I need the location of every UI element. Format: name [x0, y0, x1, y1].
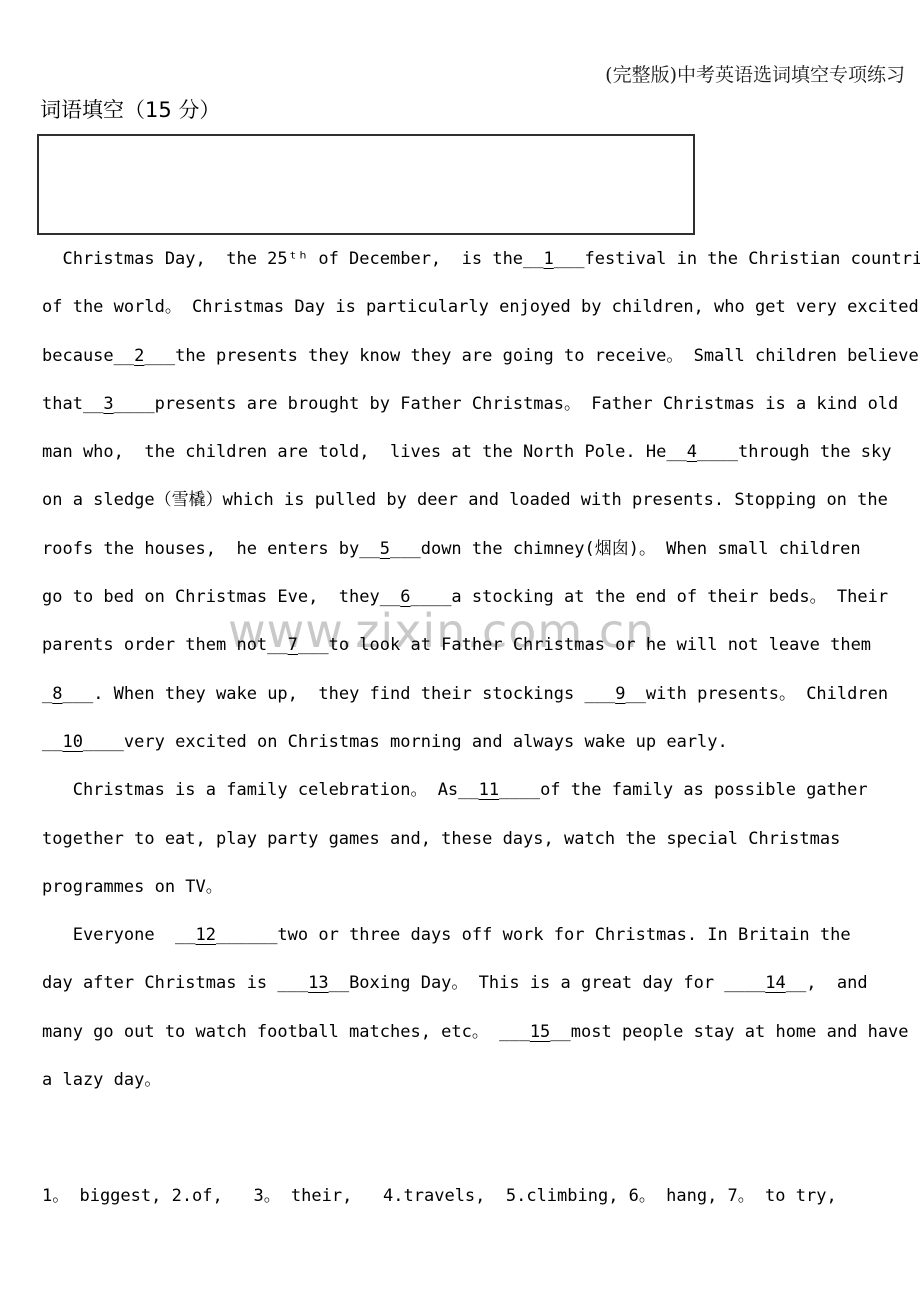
answer-key-line: 1。 biggest, 2.of, 3。 their, 4.travels, 5…	[0, 1184, 920, 1208]
passage-line: Christmas is a family celebration。 As__1…	[42, 766, 920, 814]
passage-line: go to bed on Christmas Eve, they__6____a…	[42, 573, 920, 621]
passage-line: day after Christmas is ___13__Boxing Day…	[42, 959, 920, 1007]
section-title: 词语填空（15 分）	[40, 96, 920, 124]
passage-line: man who, the children are told, lives at…	[42, 428, 920, 476]
passage-line: __10____very excited on Christmas mornin…	[42, 718, 920, 766]
passage: Christmas Day, the 25ᵗʰ of December, is …	[0, 235, 920, 1104]
word-bank-box: though, be, something, fill, many, get, …	[37, 134, 695, 235]
passage-line: parents order them not__7___to look at F…	[42, 621, 920, 669]
passage-line: that__3____presents are brought by Fathe…	[42, 380, 920, 428]
document-page: www.zixin.com.cn (完整版)中考英语选词填空专项练习 词语填空（…	[0, 0, 920, 1302]
passage-line: a lazy day。	[42, 1056, 920, 1104]
passage-line: of the world。 Christmas Day is particula…	[42, 283, 920, 331]
passage-line: Christmas Day, the 25ᵗʰ of December, is …	[42, 235, 920, 283]
document-content: (完整版)中考英语选词填空专项练习 词语填空（15 分） though, be,…	[0, 0, 920, 1208]
passage-line: Everyone __12______two or three days off…	[42, 911, 920, 959]
passage-line: many go out to watch football matches, e…	[42, 1008, 920, 1056]
passage-line: because__2___the presents they know they…	[42, 332, 920, 380]
passage-line: on a sledge（雪橇）which is pulled by deer a…	[42, 476, 920, 524]
passage-line: roofs the houses, he enters by__5___down…	[42, 525, 920, 573]
document-header: (完整版)中考英语选词填空专项练习	[0, 0, 920, 88]
passage-line: together to eat, play party games and, t…	[42, 815, 920, 863]
passage-line: programmes on TV。	[42, 863, 920, 911]
passage-line: _8___. When they wake up, they find thei…	[42, 670, 920, 718]
